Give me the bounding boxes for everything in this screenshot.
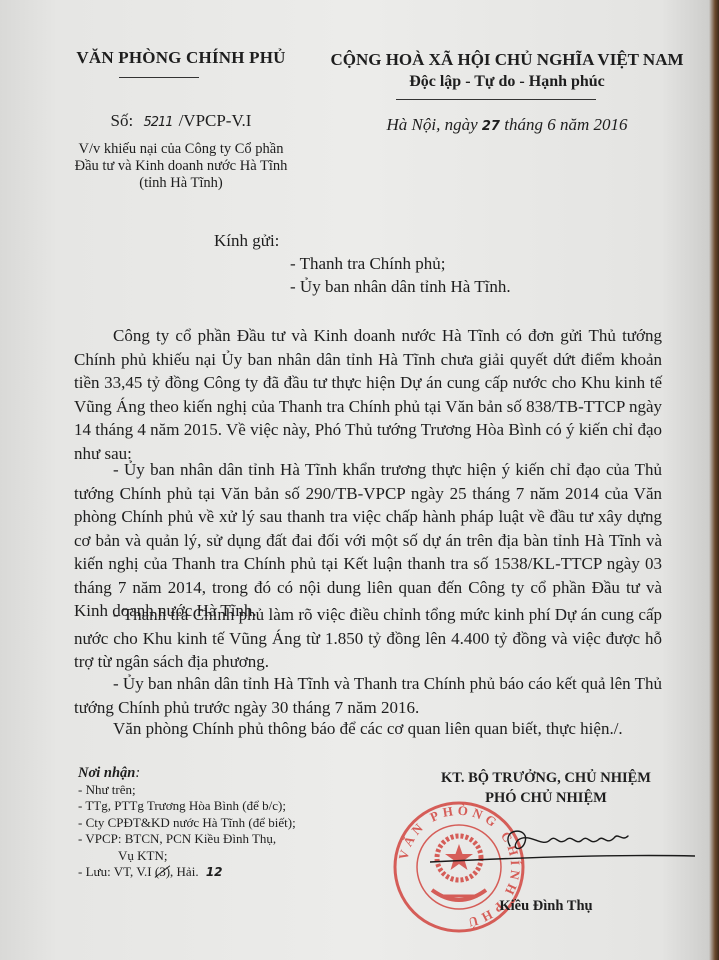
body-paragraph: - Thanh tra Chính phủ làm rõ việc điều c… <box>74 603 662 674</box>
doc-number-label: Số: <box>111 111 134 130</box>
body-paragraph: Công ty cổ phần Đầu tư và Kinh doanh nướ… <box>74 324 662 465</box>
subject-line: (tỉnh Hà Tĩnh) <box>60 175 302 192</box>
signer-name: Kiều Đình Thụ <box>396 898 696 915</box>
subject-line: V/v khiếu nại của Công ty Cổ phần <box>60 141 302 158</box>
signature-title-line: KT. BỘ TRƯỞNG, CHỦ NHIỆM <box>396 768 696 788</box>
national-motto: Độc lập - Tự do - Hạnh phúc <box>318 73 696 91</box>
archive-line: - Lưu: VT, V.I (3), Hải. 12 <box>78 864 296 881</box>
recipients-title: Nơi nhận: <box>78 765 296 782</box>
paragraph-text: - Ủy ban nhân dân tỉnh Hà Tĩnh và Thanh … <box>74 672 662 719</box>
recipient-item: - Cty CPĐT&KD nước Hà Tĩnh (để biết); <box>78 815 296 832</box>
motto-underline <box>396 99 596 100</box>
recipient-item: - TTg, PTTg Trương Hòa Bình (để b/c); <box>78 798 296 815</box>
table-edge-shadow <box>709 0 719 960</box>
document-subject: V/v khiếu nại của Công ty Cổ phần Đầu tư… <box>60 141 302 192</box>
place-date-prefix: Hà Nội, ngày <box>387 115 478 134</box>
paragraph-text: - Ủy ban nhân dân tỉnh Hà Tĩnh khẩn trươ… <box>74 458 662 623</box>
doc-number-handwritten: 5211 <box>143 115 172 130</box>
recipient-item: - Như trên; <box>78 782 296 799</box>
handwritten-day: 27 <box>482 119 500 134</box>
recipient-item: - VPCP: BTCN, PCN Kiều Đình Thụ, <box>78 831 296 848</box>
issuing-agency: VĂN PHÒNG CHÍNH PHỦ <box>60 48 302 68</box>
recipient-item: Vụ KTN; <box>78 848 296 865</box>
body-paragraph: - Ủy ban nhân dân tỉnh Hà Tĩnh khẩn trươ… <box>74 458 662 623</box>
body-paragraph: Văn phòng Chính phủ thông báo để các cơ … <box>74 717 662 741</box>
addressee-item: - Ủy ban nhân dân tỉnh Hà Tĩnh. <box>290 277 511 297</box>
paragraph-text: Công ty cổ phần Đầu tư và Kinh doanh nướ… <box>74 324 662 465</box>
recipients-list: Nơi nhận: - Như trên; - TTg, PTTg Trương… <box>78 765 296 881</box>
place-date: Hà Nội, ngày 27 tháng 6 năm 2016 <box>318 115 696 135</box>
document-number: Số: 5211/VPCP-V.I <box>60 111 302 131</box>
doc-number-suffix: /VPCP-V.I <box>179 111 252 130</box>
addressee-label: Kính gửi: <box>214 231 279 251</box>
handwritten-copy-count: 12 <box>206 865 223 879</box>
struck-count: (3) <box>155 864 170 879</box>
addressee-item: - Thanh tra Chính phủ; <box>290 254 446 274</box>
paragraph-text: - Thanh tra Chính phủ làm rõ việc điều c… <box>74 603 662 674</box>
national-title: CỘNG HOÀ XÃ HỘI CHỦ NGHĨA VIỆT NAM <box>318 50 696 70</box>
paragraph-text: Văn phòng Chính phủ thông báo để các cơ … <box>74 717 662 741</box>
subject-line: Đầu tư và Kinh doanh nước Hà Tĩnh <box>60 158 302 175</box>
handwritten-signature-icon <box>430 818 695 868</box>
body-paragraph: - Ủy ban nhân dân tỉnh Hà Tĩnh và Thanh … <box>74 672 662 719</box>
agency-underline <box>119 77 199 78</box>
place-date-suffix: tháng 6 năm 2016 <box>504 115 627 134</box>
